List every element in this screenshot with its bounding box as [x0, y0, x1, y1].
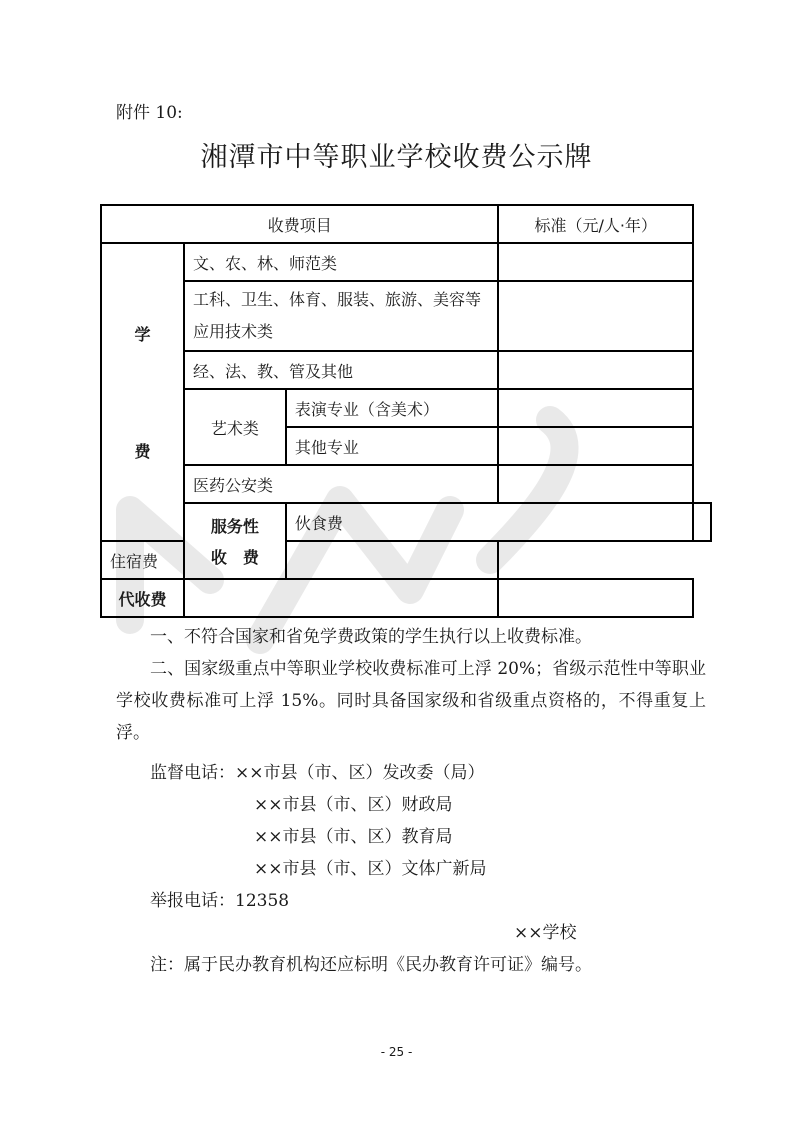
item-cell: 经、法、教、管及其他: [184, 351, 498, 389]
notes: 一、不符合国家和省免学费政策的学生执行以上收费标准。 二、国家级重点中等职业学校…: [116, 621, 706, 749]
standard-cell[interactable]: [498, 427, 693, 465]
col-item-header: 收费项目: [101, 205, 498, 243]
item-cell: 工科、卫生、体育、服装、旅游、美容等应用技术类: [184, 281, 498, 351]
standard-cell[interactable]: [498, 243, 693, 281]
standard-cell[interactable]: [286, 541, 499, 579]
table-row: 医药公安类: [101, 465, 711, 503]
item-cell: [184, 579, 498, 617]
item-cell: 其他专业: [286, 427, 499, 465]
supervision-label: 监督电话：: [150, 763, 235, 783]
table-row: 艺术类 表演专业（含美术）: [101, 389, 711, 427]
tuition-label-top: 学: [134, 322, 150, 345]
tuition-label: 学费: [101, 243, 184, 541]
supervision-line: ××市县（市、区）发改委（局）: [235, 763, 485, 783]
table-row: 经、法、教、管及其他: [101, 351, 711, 389]
page-title: 湘潭市中等职业学校收费公示牌: [0, 135, 793, 174]
standard-cell[interactable]: [498, 579, 693, 617]
note-1: 一、不符合国家和省免学费政策的学生执行以上收费标准。: [116, 621, 706, 653]
supervision-block: 监督电话：××市县（市、区）发改委（局） ××市县（市、区）财政局 ××市县（市…: [150, 757, 740, 981]
note-2: 二、国家级重点中等职业学校收费标准可上浮 20%；省级示范性中等职业学校收费标准…: [116, 653, 706, 749]
standard-cell[interactable]: [498, 351, 693, 389]
item-cell: 伙食费: [286, 503, 693, 541]
school-name: ××学校: [150, 917, 740, 949]
footnote: 注：属于民办教育机构还应标明《民办教育许可证》编号。: [150, 949, 740, 981]
table-row: 工科、卫生、体育、服装、旅游、美容等应用技术类: [101, 281, 711, 351]
supervision-line: ××市县（市、区）教育局: [150, 821, 740, 853]
standard-cell[interactable]: [498, 389, 693, 427]
item-cell: 医药公安类: [184, 465, 498, 503]
tuition-label-bottom: 费: [134, 439, 150, 462]
table-row: 服务性 收 费 伙食费: [101, 503, 711, 541]
table-row: 代收费: [101, 579, 711, 617]
art-label: 艺术类: [184, 389, 286, 465]
supervision-line: ××市县（市、区）文体广新局: [150, 853, 740, 885]
agency-label: 代收费: [101, 579, 184, 617]
report-phone: 举报电话：12358: [150, 885, 740, 917]
standard-cell[interactable]: [693, 503, 711, 541]
page-number: - 25 -: [0, 1045, 793, 1059]
service-label-1: 服务性: [185, 514, 285, 537]
table-row: 住宿费: [101, 541, 711, 579]
col-std-header: 标准（元/人·年）: [498, 205, 693, 243]
standard-cell[interactable]: [498, 281, 693, 351]
attachment-label: 附件 10:: [116, 98, 183, 123]
standard-cell[interactable]: [498, 465, 693, 503]
fee-table: 收费项目 标准（元/人·年） 学费 文、农、林、师范类 工科、卫生、体育、服装、…: [100, 204, 712, 618]
table-row: 学费 文、农、林、师范类: [101, 243, 711, 281]
table-header-row: 收费项目 标准（元/人·年）: [101, 205, 711, 243]
item-cell: 文、农、林、师范类: [184, 243, 498, 281]
item-cell: 表演专业（含美术）: [286, 389, 499, 427]
supervision-line: ××市县（市、区）财政局: [150, 789, 740, 821]
